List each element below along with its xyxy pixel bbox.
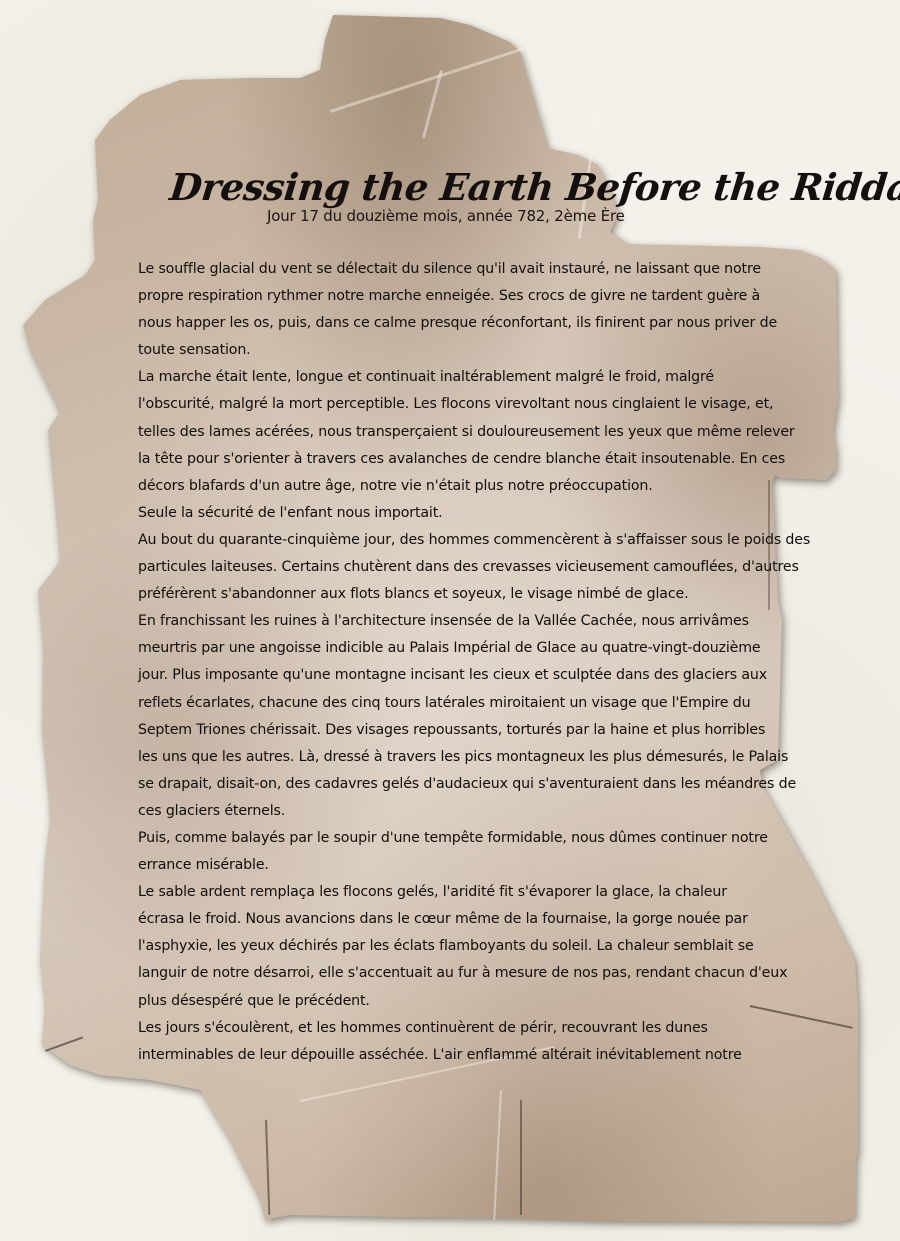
text-line: ces glaciers éternels. [138,798,758,825]
text-line: jour. Plus imposante qu'une montagne inc… [138,662,758,689]
document-title: Dressing the Earth Before the Riddance [168,165,793,209]
text-line: l'asphyxie, les yeux déchirés par les éc… [138,933,758,960]
text-line: Les jours s'écoulèrent, et les hommes co… [138,1015,758,1042]
text-line: toute sensation. [138,337,758,364]
text-line: La marche était lente, longue et continu… [138,364,758,391]
text-line: se drapait, disait-on, des cadavres gelé… [138,771,758,798]
text-line: Au bout du quarante-cinquième jour, des … [138,527,758,554]
text-line: meurtris par une angoisse indicible au P… [138,635,758,662]
text-line: particules laiteuses. Certains chutèrent… [138,554,758,581]
text-line: reflets écarlates, chacune des cinq tour… [138,690,758,717]
text-line: interminables de leur dépouille asséchée… [138,1042,758,1069]
text-line: propre respiration rythmer notre marche … [138,283,758,310]
text-line: En franchissant les ruines à l'architect… [138,608,758,635]
text-line: telles des lames acérées, nous transperç… [138,419,758,446]
text-line: languir de notre désarroi, elle s'accent… [138,960,758,987]
text-line: Le sable ardent remplaça les flocons gel… [138,879,758,906]
text-line: Seule la sécurité de l'enfant nous impor… [138,500,758,527]
text-line: écrasa le froid. Nous avancions dans le … [138,906,758,933]
date-line: Jour 17 du douzième mois, année 782, 2èm… [267,207,625,225]
text-line: les uns que les autres. Là, dressé à tra… [138,744,758,771]
journal-body: Le souffle glacial du vent se délectait … [138,256,758,1069]
text-line: plus désespéré que le précédent. [138,988,758,1015]
text-line: errance misérable. [138,852,758,879]
text-line: Puis, comme balayés par le soupir d'une … [138,825,758,852]
text-line: décors blafards d'un autre âge, notre vi… [138,473,758,500]
text-line: préférèrent s'abandonner aux flots blanc… [138,581,758,608]
text-line: la tête pour s'orienter à travers ces av… [138,446,758,473]
text-line: Le souffle glacial du vent se délectait … [138,256,758,283]
text-line: Septem Triones chérissait. Des visages r… [138,717,758,744]
text-line: l'obscurité, malgré la mort perceptible.… [138,391,758,418]
text-line: nous happer les os, puis, dans ce calme … [138,310,758,337]
